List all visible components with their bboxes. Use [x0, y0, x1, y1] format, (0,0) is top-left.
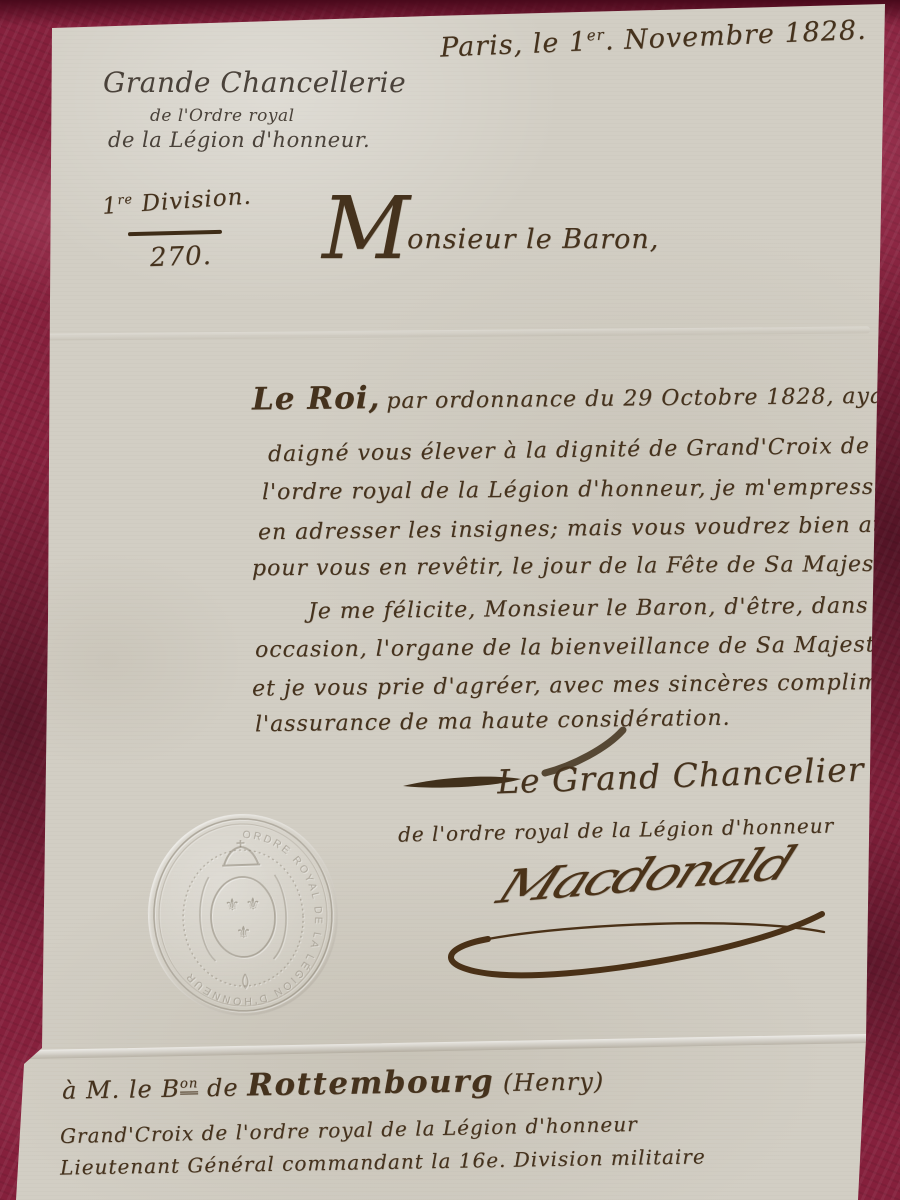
recipient-prefix: à M. le B [62, 1075, 180, 1105]
reference-number: 270. [149, 241, 212, 273]
body-line: pour vous en revêtir, le jour de la Fête… [252, 552, 900, 582]
recipient-mid: de [198, 1074, 247, 1103]
seal-fleur-de-lis-icon: ⚜ ⚜ [224, 894, 261, 915]
body-line-text: par ordonnance du 29 Octobre 1828, ayant [386, 384, 900, 414]
body-line: en adresser les insignes; mais vous voud… [258, 512, 900, 546]
division-superscript: re [117, 191, 134, 207]
division-underline-rule [128, 230, 222, 236]
division-word: Division. [132, 183, 252, 217]
division-number: 1 [101, 193, 118, 220]
dateline: Paris, le 1er. Novembre 1828. [440, 15, 851, 63]
dateline-prefix: Paris, le 1 [440, 26, 588, 63]
dateline-ordinal-superscript: er [586, 26, 605, 45]
salutation-text: onsieur le Baron, [407, 186, 659, 255]
letterhead-line3: de la Légion d'honneur. [108, 128, 370, 152]
body-line: daigné vous élever à la dignité de Grand… [268, 434, 870, 467]
embossed-seal: ⚜ ⚜ ⚜ ORDRE ROYAL DE LA LÉGION D'HONNEUR [145, 811, 342, 1020]
division-label: 1re Division. [101, 183, 252, 220]
salutation-ornate-initial: M [322, 186, 411, 272]
recipient-name: Rottembourg [247, 1063, 495, 1103]
recipient-title-superscript: on [180, 1076, 199, 1094]
body-line: occasion, l'organe de la bienveillance d… [255, 632, 898, 663]
paper-fold-crease-lower [18, 1034, 876, 1059]
body-lead-words: Le Roi, [252, 380, 381, 417]
paper-fold-crease-upper [40, 326, 870, 340]
dateline-rest: . Novembre 1828. [604, 15, 867, 57]
recipient-line: à M. le Bon de Rottembourg (Henry) [62, 1061, 605, 1106]
letterhead-line1: Grande Chancellerie [103, 66, 406, 99]
letterhead-line2: de l'Ordre royal [150, 106, 295, 126]
recipient-rank-line: Grand'Croix de l'ordre royal de la Légio… [60, 1112, 638, 1148]
salutation: M onsieur le Baron, [322, 186, 659, 272]
body-line: l'ordre royal de la Légion d'honneur, je… [262, 474, 900, 505]
recipient-firstname: (Henry) [494, 1067, 604, 1097]
recipient-command-line: Lieutenant Général commandant la 16e. Di… [60, 1144, 706, 1179]
body-line: Le Roi,par ordonnance du 29 Octobre 1828… [252, 375, 900, 418]
body-line: et je vous prie d'agréer, avec mes sincè… [252, 669, 900, 701]
seal-fleur-de-lis-icon: ⚜ [236, 923, 252, 944]
body-line: Je me félicite, Monsieur le Baron, d'êtr… [308, 593, 900, 625]
photo-of-letter-on-red-damask-fabric: Paris, le 1er. Novembre 1828. Grande Cha… [0, 0, 900, 1200]
seal-artwork: ⚜ ⚜ ⚜ ORDRE ROYAL DE LA LÉGION D'HONNEUR [145, 811, 342, 1020]
letter-paper-sheet: Paris, le 1er. Novembre 1828. Grande Cha… [0, 0, 900, 1200]
signature-block: Macdonald [420, 852, 850, 1002]
